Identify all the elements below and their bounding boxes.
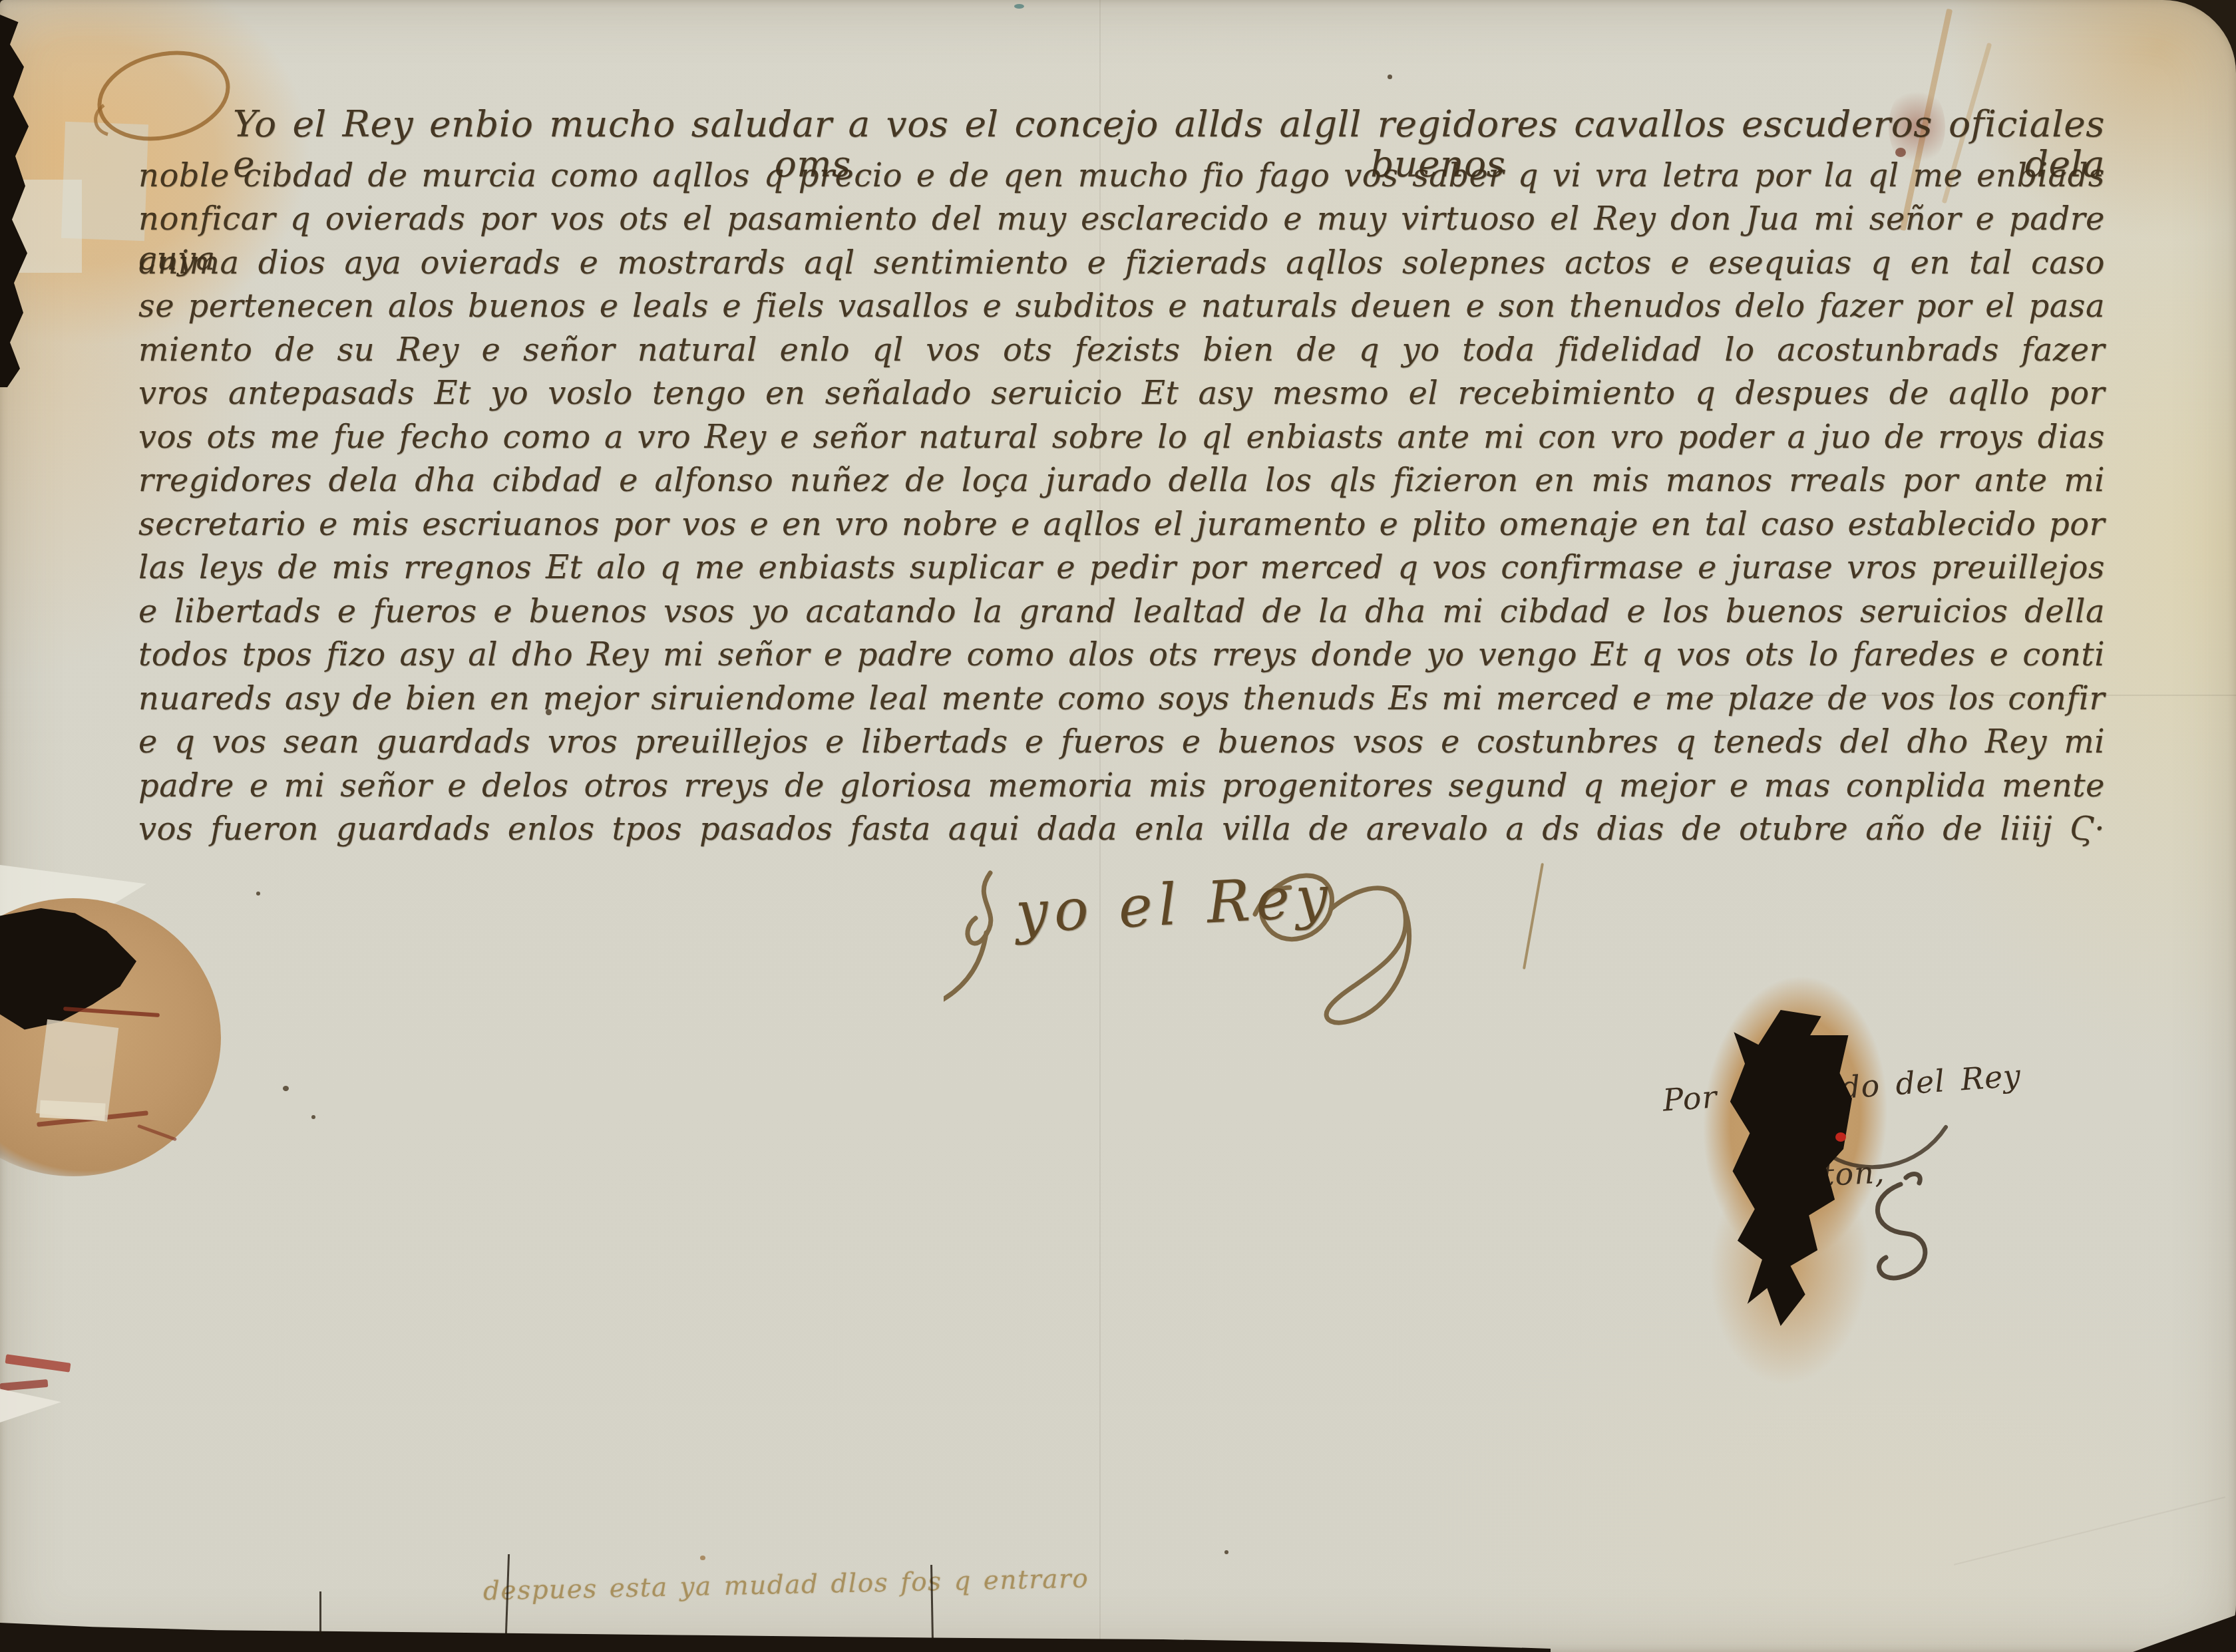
manuscript-page: Yo el Rey enbio mucho saludar a vos el c… xyxy=(0,0,2236,1652)
manuscript-line: las leys de mis rregnos Et alo q me enbi… xyxy=(138,548,2105,587)
manuscript-line: vos fueron guardads enlos tpos pasados f… xyxy=(138,809,2105,849)
bottom-right-corner-gap xyxy=(2133,1610,2236,1652)
rubric-flourish xyxy=(1858,1170,1945,1303)
manuscript-line: nuareds asy de bien en mejor siruiendome… xyxy=(138,679,2105,719)
ink-speck xyxy=(311,1115,315,1119)
red-streak xyxy=(5,1354,71,1373)
royal-signature: yo el Rey xyxy=(944,853,1463,1026)
corner-crease xyxy=(1954,1496,2225,1566)
manuscript-line: e libertads e fueros e buenos vsos yo ac… xyxy=(138,591,2105,631)
manuscript-line: miento de su Rey e señor natural enlo ql… xyxy=(138,330,2105,370)
archival-note: despues esta ya mudad dlos fos q entraro xyxy=(483,1564,1089,1606)
teal-speck xyxy=(1014,4,1024,9)
wax-dot xyxy=(1835,1132,1846,1142)
letter-body: Yo el Rey enbio mucho saludar a vos el c… xyxy=(138,0,2105,931)
manuscript-line: todos tpos fizo asy al dho Rey mi señor … xyxy=(138,635,2105,675)
repair-strip xyxy=(39,1100,105,1120)
manuscript-line: anima dios aya ovierads e mostrards aql … xyxy=(138,243,2105,283)
scanner-backing: { "letter": { "lines": [ "Yo el Rey enbi… xyxy=(0,0,2236,1652)
manuscript-line: vos ots me fue fecho como a vro Rey e se… xyxy=(138,417,2105,457)
manuscript-line: noble cibdad de murcia como aqllos q pre… xyxy=(138,156,2105,196)
edge-crack xyxy=(319,1591,321,1635)
torn-bottom-edge xyxy=(0,1610,1551,1652)
ink-speck xyxy=(700,1556,705,1560)
manuscript-line: rregidores dela dha cibdad e alfonso nuñ… xyxy=(138,460,2105,500)
ink-speck xyxy=(256,892,260,896)
manuscript-line: e q vos sean guardads vros preuillejos e… xyxy=(138,722,2105,762)
ink-speck xyxy=(546,709,552,715)
ink-speck xyxy=(1388,75,1392,79)
ink-speck xyxy=(283,1086,289,1091)
manuscript-line: secretario e mis escriuanos por vos e en… xyxy=(138,504,2105,544)
manuscript-line: padre e mi señor e delos otros rreys de … xyxy=(138,766,2105,806)
ink-speck xyxy=(1224,1550,1228,1554)
white-wedge xyxy=(0,1385,61,1422)
manuscript-line: se pertenecen alos buenos e leals e fiel… xyxy=(138,286,2105,326)
red-streak xyxy=(0,1379,48,1391)
manuscript-line: vros antepasads Et yo voslo tengo en señ… xyxy=(138,373,2105,413)
